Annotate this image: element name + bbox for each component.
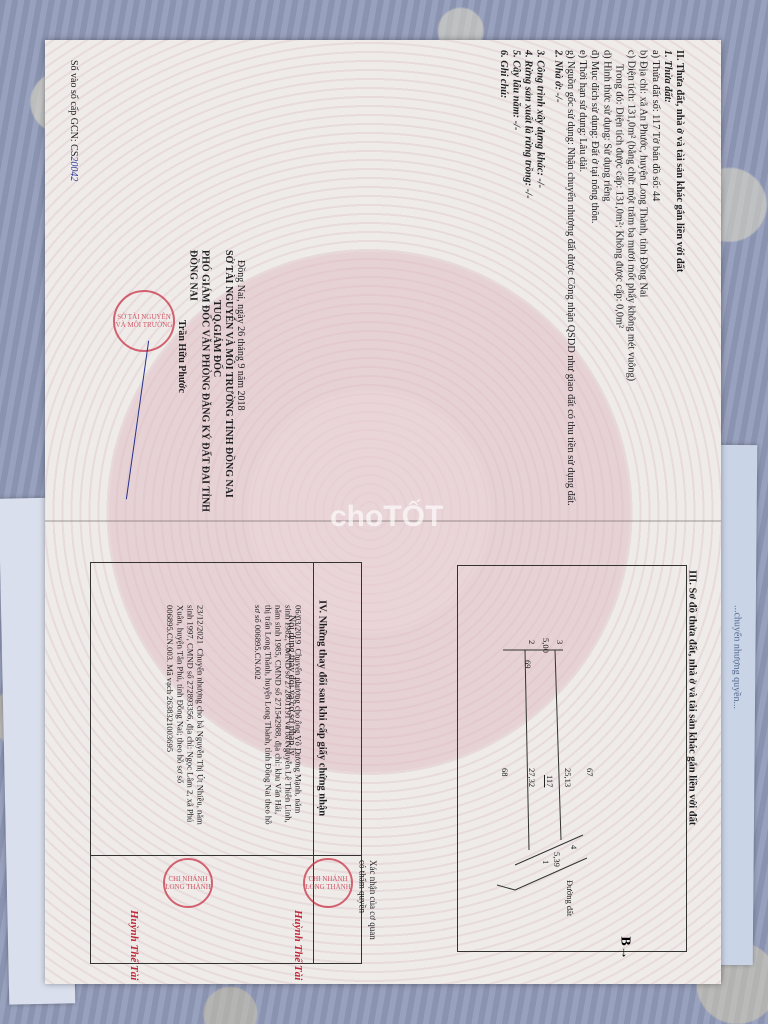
neighbor-69: 69 [523, 660, 533, 669]
department: SỞ TÀI NGUYÊN VÀ MÔI TRƯỜNG TỈNH ĐỒNG NA… [222, 250, 234, 520]
perennial: 5. Cây lâu năm: -/- [509, 50, 521, 530]
area: c) Diện tích: 131,0m² (bằng chữ: một tră… [624, 50, 636, 530]
serial-value: 20042 [68, 156, 79, 181]
stamp-text: SỞ TÀI NGUYÊN VÀ MÔI TRƯỜNG [115, 313, 173, 329]
officer-signature-2: Huỳnh Thế Tài [127, 910, 140, 980]
use-form: d) Hình thức sử dụng: Sử dụng riêng [600, 50, 612, 530]
section-4-column-divider [91, 855, 361, 856]
edge-4-1: 5,39 [552, 852, 562, 867]
use-term: e) Thời hạn sử dụng: Lâu dài. [576, 50, 588, 530]
area-detail: Trong đó: Diện tích được cấp: 131,0m²; K… [612, 50, 624, 530]
point-2: 2 [527, 640, 537, 644]
point-4: 4 [569, 845, 579, 849]
land-heading: 1. Thửa đất: [661, 50, 673, 530]
section-2-title: II. Thửa đất, nhà ở và tài sản khác gắn … [673, 50, 685, 530]
north-arrow-icon: B→ [617, 936, 633, 959]
land-use-certificate: II. Thửa đất, nhà ở và tài sản khác gắn … [45, 40, 721, 984]
parcel-line: a) Thửa đất số: 117 Tờ bản đồ số: 44 [649, 50, 661, 530]
watermark-logo: choTỐT [330, 500, 443, 534]
point-1: 1 [541, 860, 551, 864]
neighbor-67: 67 [585, 768, 595, 777]
branch-stamp: CHI NHÁNH LONG THÀNH [163, 858, 213, 908]
on-behalf: TUQ.GIÁM ĐỐC [210, 250, 222, 520]
road-label: Đường đất [565, 880, 575, 916]
north-symbol: B [618, 936, 633, 945]
notes: 6. Ghi chú: [497, 50, 509, 530]
change-entry-1: 06/03/2019 Chuyển nhượng cho ông Võ Dươn… [253, 605, 304, 825]
house: 2. Nhà ở: -/- [552, 50, 564, 530]
official-stamp: SỞ TÀI NGUYÊN VÀ MÔI TRƯỜNG [113, 290, 175, 352]
section-4-col-confirm: Xác nhận của cơ quan có thẩm quyền [357, 860, 378, 940]
officer-signature-1: Huỳnh Thế Tài [291, 910, 304, 980]
stamp-text: CHI NHÁNH LONG THÀNH [305, 875, 351, 891]
position: PHÓ GIÁM ĐỐC VĂN PHÒNG ĐĂNG KÝ ĐẤT ĐAI T… [187, 250, 211, 520]
section-3-title: III. Sơ đồ thửa đất, nhà ở và tài sản kh… [685, 570, 697, 825]
edge-1-2: 27,32 [527, 768, 537, 787]
entry-date: 23/12/2021 [196, 605, 206, 644]
change-entry-2: 23/12/2021 Chuyển nhượng cho bà Nguyễn T… [165, 605, 206, 825]
branch-stamp: CHI NHÁNH LONG THÀNH [303, 858, 353, 908]
serial-number: Số vào sổ cấp GCN: CS20042 [67, 60, 79, 181]
entry-date: 06/03/2019 [294, 605, 304, 644]
place-date: Đồng Nai, ngày 26 tháng 9 năm 2018 [234, 250, 246, 520]
section-4-title: IV. Những thay đổi sau khi cấp giấy chứn… [315, 600, 327, 816]
use-purpose: đ) Mục đích sử dụng: Đất ở tại nông thôn… [588, 50, 600, 530]
parcel-id: 117 [545, 775, 555, 787]
section-2-land-info: II. Thửa đất, nhà ở và tài sản khác gắn … [497, 50, 685, 530]
serial-label: Số vào sổ cấp GCN: CS [68, 60, 79, 156]
side-sheet-text: ...chuyển nhượng quyền... [731, 605, 743, 709]
stamp-text: CHI NHÁNH LONG THÀNH [165, 875, 211, 891]
point-3: 3 [555, 640, 565, 644]
forest: 4. Rừng sản xuất là rừng trồng: -/- [521, 50, 533, 530]
edge-3-4: 25,13 [563, 768, 573, 787]
signer-name: Trần Hữu Phước [175, 250, 187, 520]
neighbor-68: 68 [500, 768, 510, 777]
other-works: 3. Công trình xây dựng khác: -/- [533, 50, 545, 530]
address: b) Địa chỉ: xã An Phước, huyện Long Thàn… [637, 50, 649, 530]
edge-2-3: 5,00 [541, 638, 551, 653]
origin: g) Nguồn gốc sử dụng: Nhận chuyển nhượng… [564, 50, 576, 530]
